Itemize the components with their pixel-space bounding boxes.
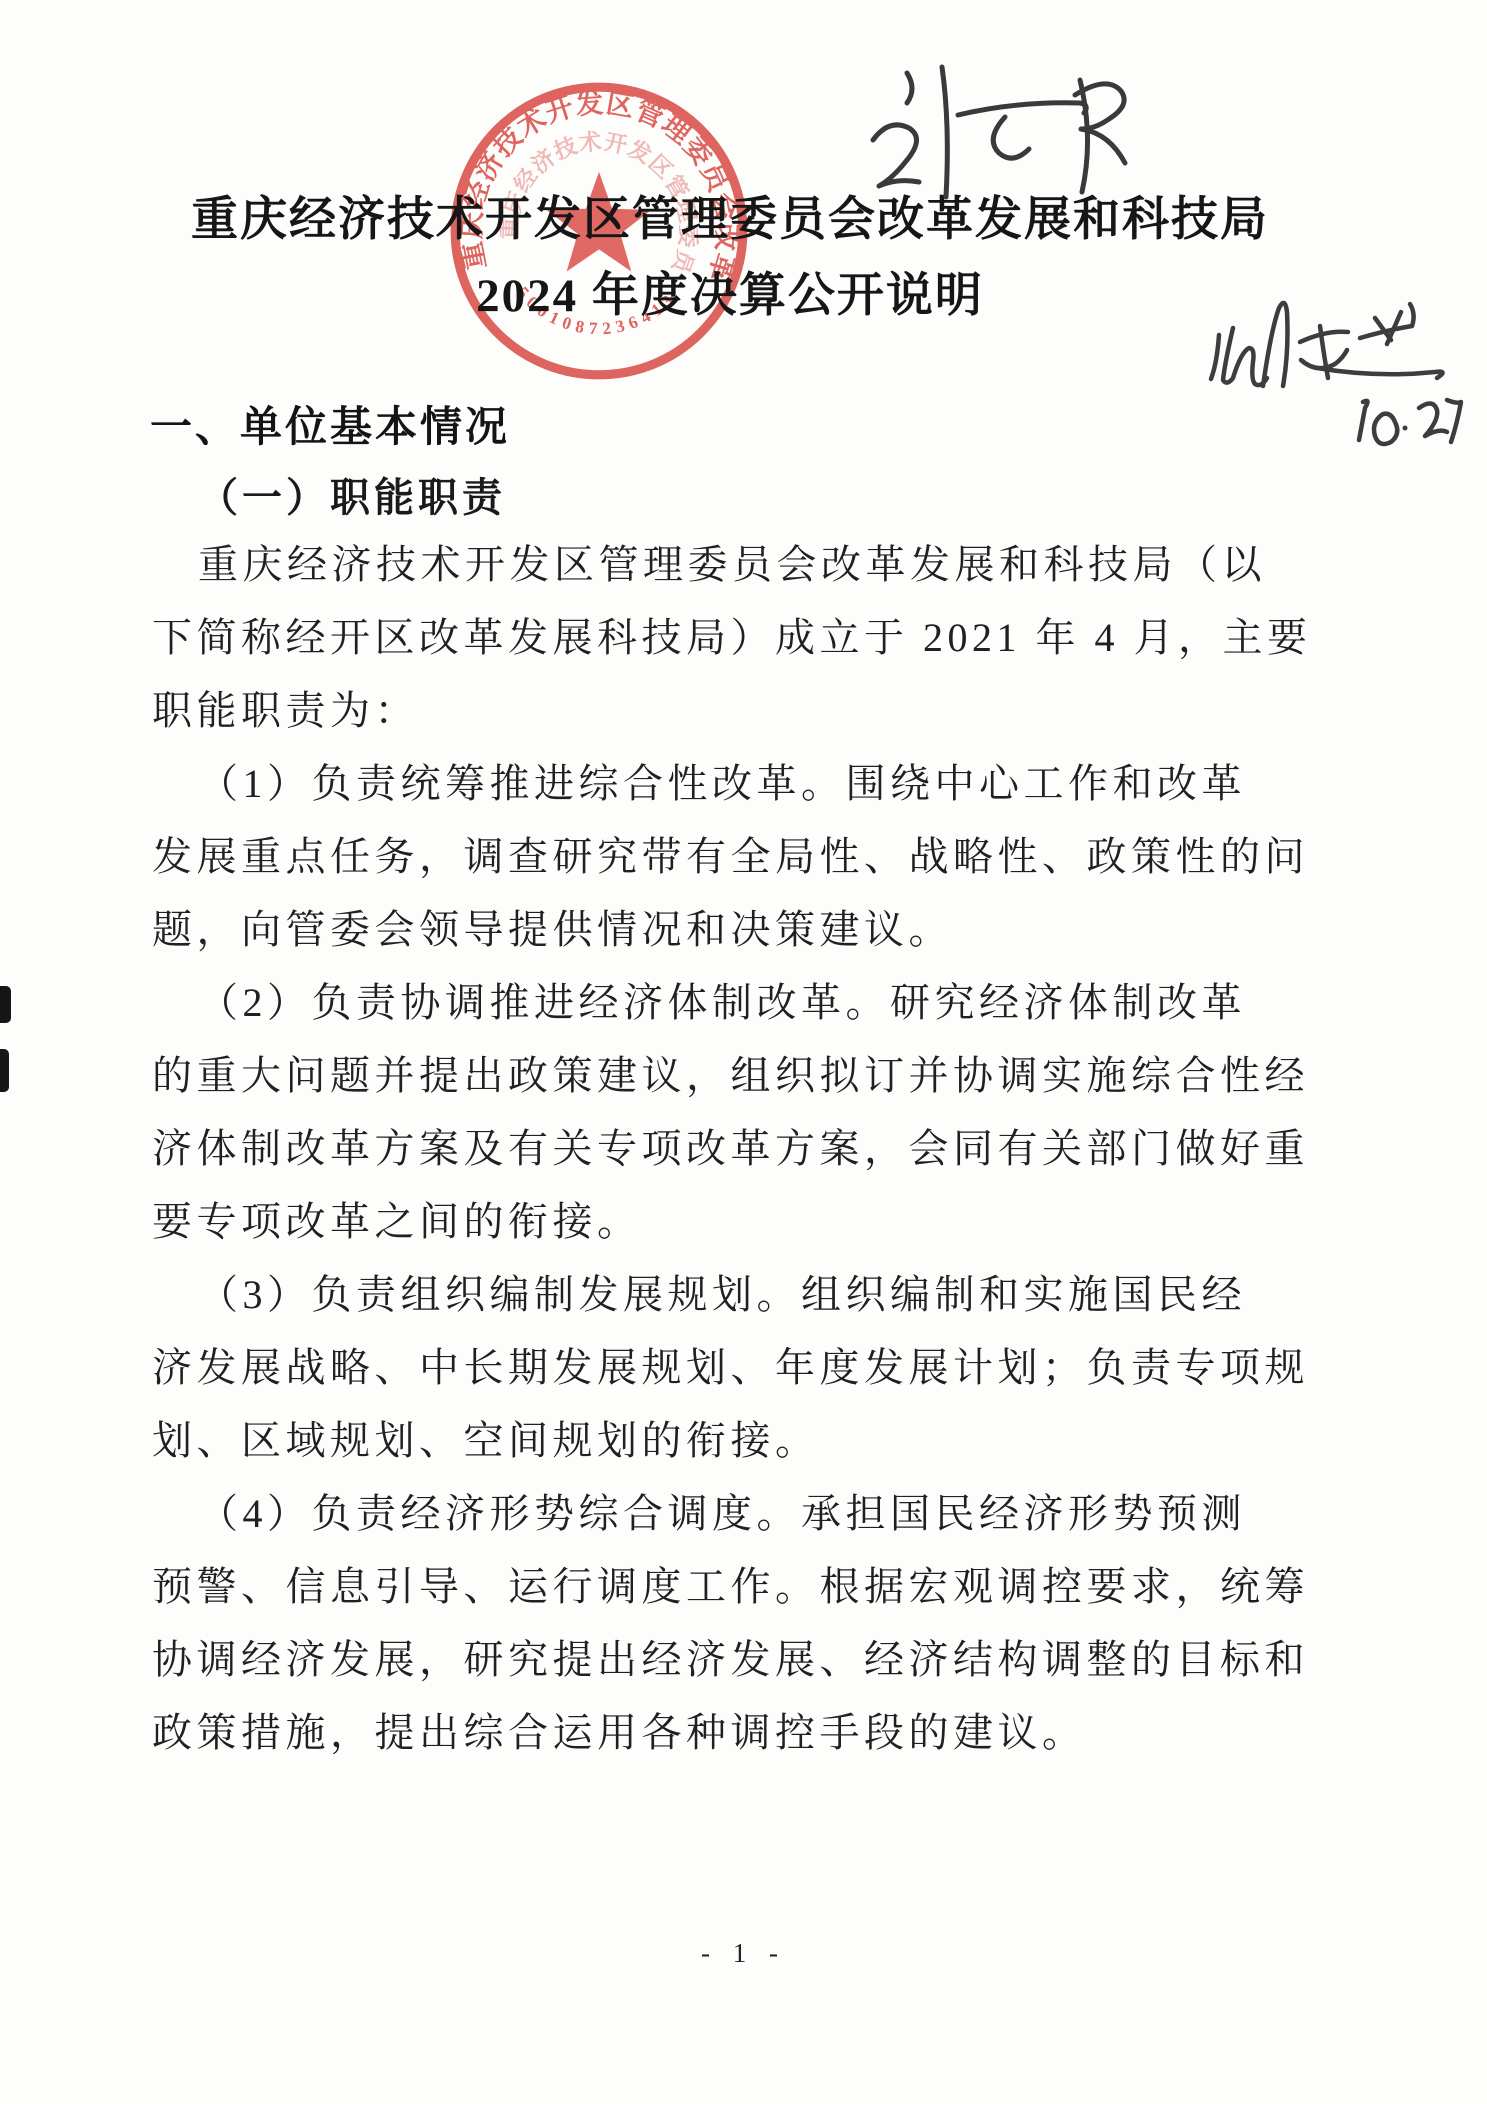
body-line: （3）负责组织编制发展规划。组织编制和实施国民经 [152, 1258, 1342, 1331]
section-heading: 一、单位基本情况 [150, 394, 510, 454]
body-line: 协调经济发展，研究提出经济发展、经济结构调整的目标和 [152, 1623, 1342, 1696]
body-line: 下简称经开区改革发展科技局）成立于 2021 年 4 月，主要 [152, 601, 1342, 674]
document-body: 重庆经济技术开发区管理委员会改革发展和科技局（以 下简称经开区改革发展科技局）成… [152, 528, 1342, 1769]
document-title-line1: 重庆经济技术开发区管理委员会改革发展和科技局 [20, 182, 1440, 249]
handwritten-signature-note [1205, 290, 1475, 455]
scan-artifact [0, 986, 11, 1023]
scan-artifact [0, 1049, 9, 1092]
page-number: - 1 - [0, 1938, 1487, 1969]
body-line: 重庆经济技术开发区管理委员会改革发展和科技局（以 [152, 528, 1342, 601]
handwritten-signature-top [845, 45, 1155, 215]
body-line: 政策措施，提出综合运用各种调控手段的建议。 [152, 1696, 1342, 1769]
body-line: 划、区域规划、空间规划的衔接。 [152, 1404, 1342, 1477]
body-line: 题，向管委会领导提供情况和决策建议。 [152, 893, 1342, 966]
body-line: （1）负责统筹推进综合性改革。围绕中心工作和改革 [152, 747, 1342, 820]
body-line: 要专项改革之间的衔接。 [152, 1185, 1342, 1258]
body-line: 济体制改革方案及有关专项改革方案，会同有关部门做好重 [152, 1112, 1342, 1185]
body-line: 济发展战略、中长期发展规划、年度发展计划；负责专项规 [152, 1331, 1342, 1404]
body-line: （4）负责经济形势综合调度。承担国民经济形势预测 [152, 1477, 1342, 1550]
body-line: 的重大问题并提出政策建议，组织拟订并协调实施综合性经 [152, 1039, 1342, 1112]
body-line: 职能职责为： [152, 674, 1342, 747]
body-line: （2）负责协调推进经济体制改革。研究经济体制改革 [152, 966, 1342, 1039]
subsection-heading: （一）职能职责 [198, 466, 506, 523]
handwritten-date-note [1359, 400, 1461, 444]
scanned-document-page: 重庆经济技术开发区管理委员会改革发展和科技局 重庆经济技术开发区管理委员会改革发… [0, 0, 1487, 2104]
body-line: 预警、信息引导、运行调度工作。根据宏观调控要求，统筹 [152, 1550, 1342, 1623]
body-line: 发展重点任务，调查研究带有全局性、战略性、政策性的问 [152, 820, 1342, 893]
